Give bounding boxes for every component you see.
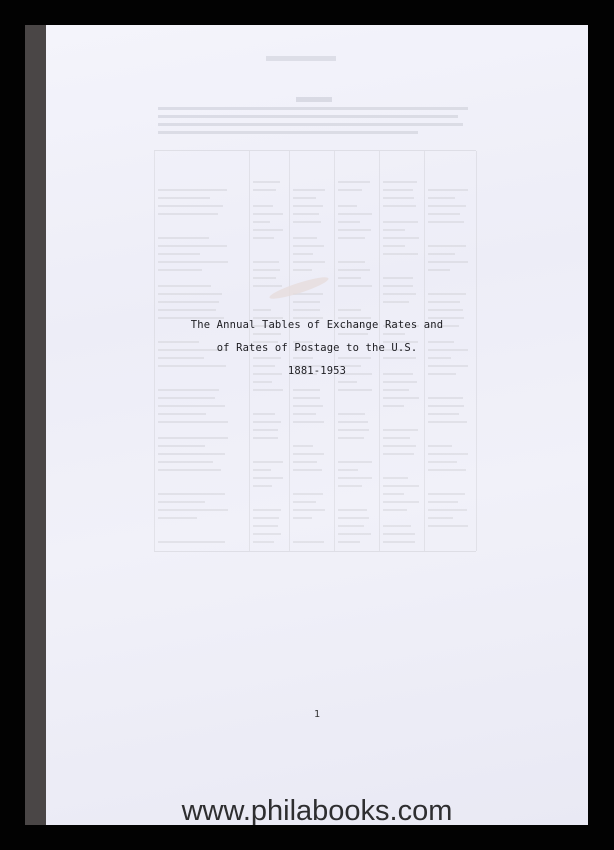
bleed-through-cell-text: [383, 301, 409, 303]
bleed-through-cell-text: [158, 261, 228, 263]
bleed-through-cell-text: [428, 421, 467, 423]
bleed-through-cell-text: [293, 453, 324, 455]
bleed-through-text: [158, 123, 463, 126]
bleed-through-cell-text: [428, 469, 466, 471]
bleed-through-cell-text: [253, 285, 282, 287]
bleed-through-cell-text: [383, 541, 415, 543]
bleed-through-cell-text: [428, 213, 460, 215]
bleed-through-cell-text: [383, 293, 416, 295]
bleed-through-cell-text: [383, 205, 416, 207]
bleed-through-cell-text: [253, 421, 281, 423]
bleed-through-cell-text: [158, 213, 218, 215]
bleed-through-cell-text: [158, 205, 223, 207]
bleed-through-cell-text: [338, 525, 364, 527]
bleed-through-text: [158, 115, 458, 118]
bleed-through-cell-text: [293, 421, 324, 423]
bleed-through-cell-text: [158, 197, 210, 199]
bleed-through-cell-text: [253, 181, 280, 183]
bleed-through-cell-text: [338, 389, 372, 391]
bleed-through-cell-text: [338, 485, 362, 487]
page-number: 1: [46, 709, 588, 720]
bleed-through-cell-text: [253, 437, 278, 439]
bleed-through-cell-text: [158, 453, 225, 455]
bleed-through-cell-text: [383, 277, 413, 279]
bleed-through-cell-text: [428, 517, 453, 519]
bleed-through-cell-text: [383, 197, 414, 199]
bleed-through-cell-text: [293, 309, 320, 311]
bleed-through-cell-text: [428, 509, 467, 511]
bleed-through-cell-text: [338, 437, 364, 439]
bleed-through-cell-text: [293, 509, 325, 511]
bleed-through-cell-text: [383, 437, 410, 439]
bleed-through-cell-text: [293, 189, 325, 191]
bleed-through-cell-text: [158, 253, 200, 255]
bleed-through-cell-text: [253, 221, 270, 223]
bleed-through-cell-text: [383, 445, 416, 447]
bleed-through-cell-text: [383, 533, 415, 535]
bleed-through-cell-text: [338, 189, 362, 191]
bleed-through-cell-text: [338, 181, 370, 183]
bleed-through-cell-text: [428, 493, 465, 495]
bleed-through-cell-text: [158, 285, 211, 287]
bleed-through-cell-text: [383, 429, 418, 431]
bleed-through-cell-text: [158, 389, 219, 391]
bleed-through-cell-text: [158, 301, 219, 303]
bleed-through-cell-text: [158, 309, 216, 311]
title-line-2: of Rates of Postage to the U.S.: [46, 337, 588, 360]
watermark-url: www.philabooks.com: [46, 798, 588, 825]
bleed-through-cell-text: [428, 309, 463, 311]
bleed-through-cell-text: [293, 493, 323, 495]
bleed-through-cell-text: [293, 221, 321, 223]
bleed-through-cell-text: [253, 269, 280, 271]
bleed-through-cell-text: [383, 285, 413, 287]
bleed-through-cell-text: [253, 189, 276, 191]
bleed-through-cell-text: [253, 413, 275, 415]
bleed-through-cell-text: [383, 389, 409, 391]
bleed-through-cell-text: [383, 501, 419, 503]
bleed-through-cell-text: [338, 213, 372, 215]
bleed-through-cell-text: [158, 245, 227, 247]
bleed-through-cell-text: [253, 525, 278, 527]
bleed-through-cell-text: [338, 261, 365, 263]
bleed-through-cell-text: [293, 245, 324, 247]
bleed-through-cell-text: [338, 421, 368, 423]
bleed-through-cell-text: [253, 205, 273, 207]
bleed-through-cell-text: [428, 445, 452, 447]
bleed-through-cell-text: [383, 237, 419, 239]
bleed-through-cell-text: [338, 429, 369, 431]
bleed-through-cell-text: [428, 269, 450, 271]
bleed-through-cell-text: [428, 501, 458, 503]
bleed-through-cell-text: [253, 261, 279, 263]
bleed-through-cell-text: [293, 541, 324, 543]
bleed-through-cell-text: [338, 477, 372, 479]
bleed-through-cell-text: [293, 517, 312, 519]
bleed-through-cell-text: [428, 253, 455, 255]
bleed-through-cell-text: [338, 517, 369, 519]
bleed-through-cell-text: [293, 501, 316, 503]
bleed-through-cell-text: [158, 517, 197, 519]
bleed-through-cell-text: [293, 269, 312, 271]
title-block: The Annual Tables of Exchange Rates and …: [46, 314, 588, 383]
bleed-through-cell-text: [293, 253, 313, 255]
bleed-through-cell-text: [338, 269, 370, 271]
bleed-through-cell-text: [158, 189, 227, 191]
bleed-through-cell-text: [293, 397, 320, 399]
bleed-through-cell-text: [158, 413, 206, 415]
bleed-through-cell-text: [428, 293, 466, 295]
bleed-through-cell-text: [428, 525, 468, 527]
bleed-through-cell-text: [338, 509, 367, 511]
bleed-through-cell-text: [338, 413, 365, 415]
bleed-through-cell-text: [428, 205, 466, 207]
bleed-through-cell-text: [383, 525, 411, 527]
title-line-1: The Annual Tables of Exchange Rates and: [46, 314, 588, 337]
bleed-through-cell-text: [338, 285, 372, 287]
bleed-through-cell-text: [253, 429, 278, 431]
bleed-through-cell-text: [158, 509, 228, 511]
bleed-through-cell-text: [383, 405, 404, 407]
bleed-through-cell-text: [253, 485, 272, 487]
bleed-through-cell-text: [338, 205, 357, 207]
bleed-through-cell-text: [428, 221, 464, 223]
bleed-through-cell-text: [253, 213, 283, 215]
bleed-through-cell-text: [338, 277, 361, 279]
bleed-through-cell-text: [428, 189, 468, 191]
bleed-through-cell-text: [428, 245, 466, 247]
bleed-through-cell-text: [158, 293, 222, 295]
bleed-through-cell-text: [253, 229, 283, 231]
document-page: The Annual Tables of Exchange Rates and …: [46, 25, 588, 825]
bleed-through-cell-text: [338, 221, 360, 223]
bleed-through-cell-text: [158, 437, 228, 439]
bleed-through-cell-text: [383, 477, 408, 479]
bleed-through-cell-text: [253, 237, 274, 239]
bleed-through-cell-text: [253, 477, 283, 479]
bleed-through-cell-text: [253, 277, 276, 279]
bleed-through-cell-text: [338, 461, 372, 463]
bleed-through-cell-text: [253, 509, 281, 511]
bleed-through-cell-text: [253, 389, 283, 391]
bleed-through-cell-text: [158, 421, 228, 423]
bleed-through-cell-text: [158, 445, 205, 447]
bleed-through-cell-text: [383, 221, 418, 223]
bleed-through-cell-text: [428, 397, 463, 399]
bleed-through-cell-text: [383, 189, 413, 191]
bleed-through-cell-text: [293, 237, 317, 239]
bleed-through-cell-text: [383, 493, 404, 495]
bleed-through-cell-text: [338, 229, 371, 231]
bleed-through-cell-text: [253, 517, 279, 519]
bleed-through-cell-text: [253, 461, 283, 463]
bleed-through-cell-text: [293, 301, 320, 303]
bleed-through-cell-text: [158, 269, 202, 271]
bleed-through-text: [158, 131, 418, 134]
bleed-through-cell-text: [383, 453, 414, 455]
bleed-through-cell-text: [383, 397, 419, 399]
bleed-through-cell-text: [158, 541, 225, 543]
bleed-through-cell-text: [383, 509, 407, 511]
bleed-through-cell-text: [293, 469, 322, 471]
bleed-through-cell-text: [158, 397, 215, 399]
bleed-through-cell-text: [338, 533, 371, 535]
bleed-through-cell-text: [428, 405, 464, 407]
bleed-through-cell-text: [158, 405, 225, 407]
bleed-through-cell-text: [338, 541, 360, 543]
bleed-through-cell-text: [293, 213, 319, 215]
bleed-through-cell-text: [428, 453, 468, 455]
bleed-through-cell-text: [158, 501, 205, 503]
bleed-through-cell-text: [293, 389, 320, 391]
bleed-through-cell-text: [253, 541, 274, 543]
bleed-through-title: [296, 97, 332, 102]
bleed-through-header: [266, 56, 336, 61]
bleed-through-cell-text: [158, 237, 209, 239]
bleed-through-cell-text: [253, 309, 271, 311]
bleed-through-cell-text: [158, 493, 225, 495]
binding-spine: [25, 25, 46, 825]
bleed-through-cell-text: [158, 461, 213, 463]
bleed-through-cell-text: [428, 261, 468, 263]
bleed-through-cell-text: [293, 445, 313, 447]
bleed-through-cell-text: [338, 469, 358, 471]
bleed-through-cell-text: [293, 413, 316, 415]
bleed-through-cell-text: [158, 469, 221, 471]
bleed-through-text: [158, 107, 468, 110]
bleed-through-cell-text: [293, 205, 323, 207]
bleed-through-cell-text: [293, 405, 323, 407]
bleed-through-cell-text: [383, 181, 417, 183]
bleed-through-cell-text: [293, 197, 316, 199]
title-years: 1881-1953: [46, 360, 588, 383]
bleed-through-cell-text: [383, 253, 418, 255]
bleed-through-cell-text: [338, 237, 365, 239]
bleed-through-cell-text: [253, 469, 271, 471]
bleed-through-cell-text: [428, 197, 455, 199]
bleed-through-cell-text: [428, 413, 459, 415]
bleed-through-cell-text: [383, 245, 405, 247]
bleed-through-cell-text: [383, 485, 419, 487]
bleed-through-cell-text: [428, 301, 460, 303]
bleed-through-cell-text: [293, 461, 317, 463]
bleed-through-cell-text: [293, 261, 325, 263]
bleed-through-cell-text: [253, 533, 281, 535]
bleed-through-cell-text: [338, 309, 361, 311]
bleed-through-cell-text: [383, 229, 405, 231]
bleed-through-cell-text: [428, 461, 457, 463]
